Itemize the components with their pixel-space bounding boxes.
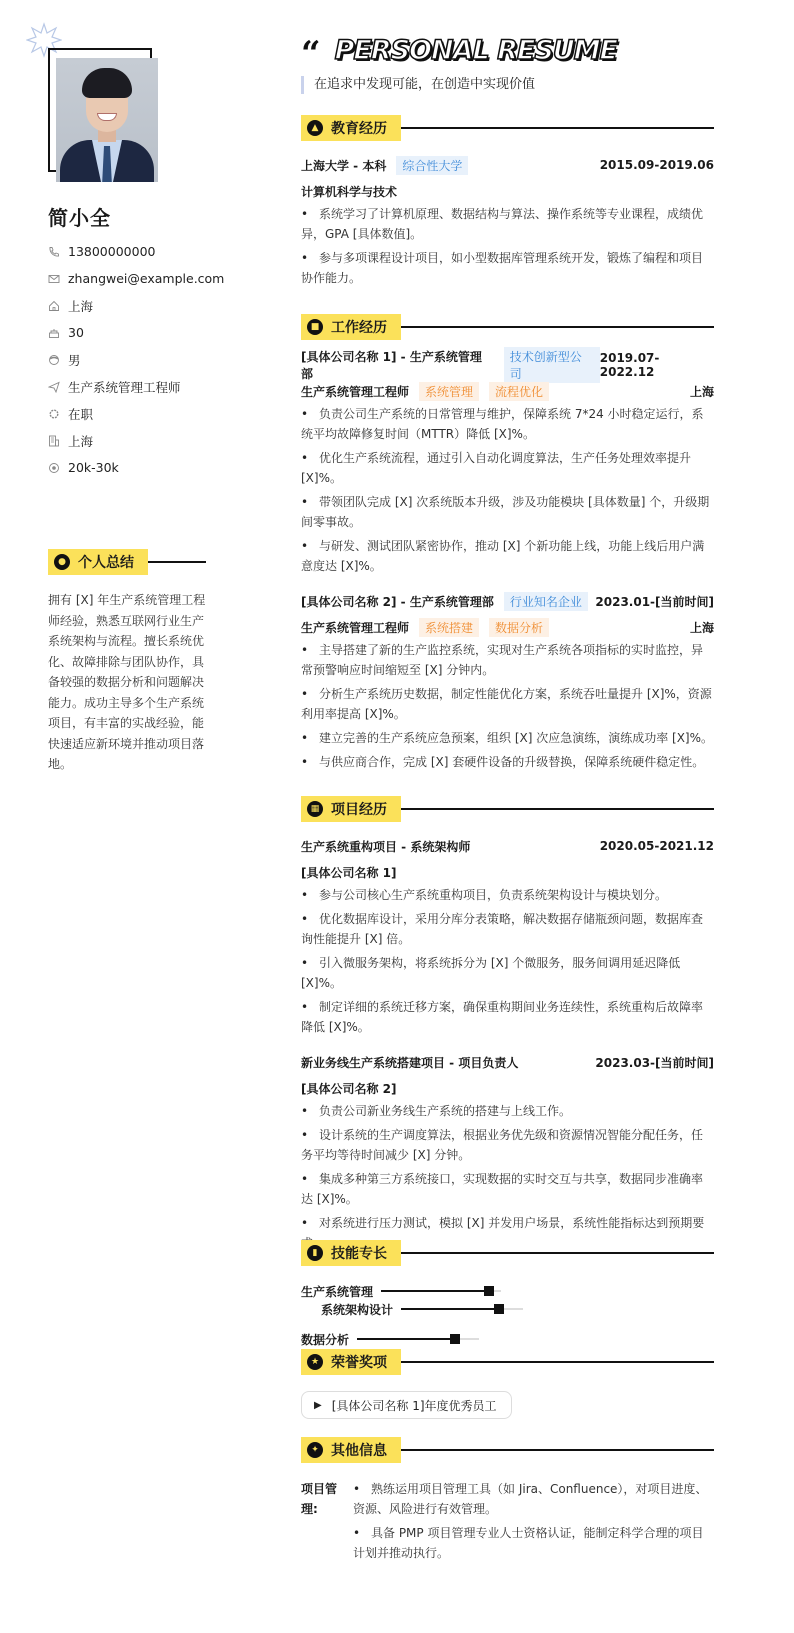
quote-icon: “ — [301, 37, 321, 71]
job-role: 生产系统管理工程师 — [301, 619, 409, 636]
project-name: 新业务线生产系统搭建项目 - 项目负责人 — [301, 1054, 518, 1071]
job-bullets: 主导搭建了新的生产监控系统，实现对生产系统各项指标的实时监控，异常预警响应时间缩… — [301, 640, 714, 772]
skill-name: 系统架构设计 — [321, 1301, 393, 1318]
projects-section-header: ▦ 项目经历 — [301, 796, 714, 822]
contact-gender: 男 — [48, 346, 224, 373]
major: 计算机科学与技术 — [301, 182, 714, 200]
resume-title: “ PERSONAL RESUME — [301, 30, 617, 70]
job-location: 上海 — [690, 619, 714, 636]
phone-icon — [48, 246, 60, 258]
company-name: [具体公司名称 1] - 生产系统管理部 — [301, 348, 494, 382]
job-role: 生产系统管理工程师 — [301, 383, 409, 400]
job-period: 2019.07-2022.12 — [600, 351, 714, 379]
briefcase-icon: ■ — [307, 319, 323, 335]
company-name: [具体公司名称 2] - 生产系统管理部 — [301, 593, 494, 610]
contact-email: zhangwei@example.com — [48, 265, 224, 292]
list-item: 与研发、测试团队紧密协作，推动 [X] 个新功能上线，功能上线后用户满意度达 [… — [301, 536, 714, 576]
list-item: 主导搭建了新的生产监控系统，实现对生产系统各项指标的实时监控，异常预警响应时间缩… — [301, 640, 714, 680]
company-tag: 行业知名企业 — [504, 592, 588, 611]
age-icon — [48, 327, 60, 339]
summary-text: 拥有 [X] 年生产系统管理工程师经验，熟悉互联网行业生产系统架构与流程。擅长系… — [48, 590, 206, 775]
list-item: 设计系统的生产调度算法，根据业务优先级和资源情况智能分配任务，任务平均等待时间减… — [301, 1125, 714, 1165]
home-icon — [48, 300, 60, 312]
avatar — [56, 58, 158, 182]
divider — [401, 326, 714, 328]
award-icon: ★ — [307, 1354, 323, 1370]
other-section: ✦ 其他信息 项目管理: 熟练运用项目管理工具（如 Jira、Confluenc… — [301, 1437, 714, 1567]
list-item: 与供应商合作，完成 [X] 套硬件设备的升级替换，保障系统硬件稳定性。 — [301, 752, 714, 772]
contact-age: 30 — [48, 319, 224, 346]
list-item: 制定详细的系统迁移方案，确保重构期间业务连续性，系统重构后故障率降低 [X]%。 — [301, 997, 714, 1037]
skill-tag: 系统管理 — [419, 382, 479, 401]
divider — [401, 1449, 714, 1451]
mail-icon — [48, 273, 60, 285]
gender-icon — [48, 354, 60, 366]
skill-tag: 系统搭建 — [419, 618, 479, 637]
send-icon — [48, 381, 60, 393]
list-item: 优化生产系统流程，通过引入自动化调度算法，生产任务处理效率提升 [X]%。 — [301, 448, 714, 488]
divider — [148, 561, 206, 563]
list-item: 熟练运用项目管理工具（如 Jira、Confluence），对项目进度、资源、风… — [353, 1479, 714, 1519]
list-item: 负责公司新业务线生产系统的搭建与上线工作。 — [301, 1101, 714, 1121]
contact-city: 上海 — [48, 292, 224, 319]
education-section: ▲ 教育经历 上海大学 - 本科 综合性大学 2015.09-2019.06 计… — [301, 115, 714, 288]
school-tag: 综合性大学 — [396, 156, 468, 175]
project-company: [具体公司名称 2] — [301, 1079, 714, 1097]
list-item: 引入微服务架构，将系统拆分为 [X] 个微服务，服务间调用延迟降低 [X]%。 — [301, 953, 714, 993]
user-icon: ● — [54, 554, 70, 570]
project-bullets: 参与公司核心生产系统重构项目，负责系统架构设计与模块划分。 优化数据库设计，采用… — [301, 885, 714, 1037]
list-item: 集成多种第三方系统接口，实现数据的实时交互与共享，数据同步准确率达 [X]%。 — [301, 1169, 714, 1209]
motto: 在追求中发现可能，在创造中实现价值 — [301, 76, 535, 94]
award-item[interactable]: ▶ [具体公司名称 1]年度优秀员工 — [301, 1391, 512, 1419]
divider — [401, 808, 714, 810]
job-bullets: 负责公司生产系统的日常管理与维护，保障系统 7*24 小时稳定运行，系统平均故障… — [301, 404, 714, 576]
graduation-cap-icon: ▲ — [307, 120, 323, 136]
education-section-header: ▲ 教育经历 — [301, 115, 714, 141]
project-name: 生产系统重构项目 - 系统架构师 — [301, 838, 470, 855]
sidebar: 简小全 13800000000 zhangwei@example.com 上海 … — [0, 0, 280, 1633]
divider — [401, 127, 714, 129]
awards-section: ★ 荣誉奖项 ▶ [具体公司名称 1]年度优秀员工 — [301, 1349, 714, 1419]
contact-position: 生产系统管理工程师 — [48, 373, 224, 400]
project-bullets: 负责公司新业务线生产系统的搭建与上线工作。 设计系统的生产调度算法，根据业务优先… — [301, 1101, 714, 1253]
other-key: 项目管理: — [301, 1479, 353, 1567]
list-item: 负责公司生产系统的日常管理与维护，保障系统 7*24 小时稳定运行，系统平均故障… — [301, 404, 714, 444]
divider — [401, 1361, 714, 1363]
project-company: [具体公司名称 1] — [301, 863, 714, 881]
awards-section-header: ★ 荣誉奖项 — [301, 1349, 714, 1375]
education-period: 2015.09-2019.06 — [600, 158, 714, 172]
education-entry-header: 上海大学 - 本科 综合性大学 2015.09-2019.06 — [301, 156, 714, 174]
list-item: 系统学习了计算机原理、数据结构与算法、操作系统等专业课程，成绩优异，GPA [具… — [301, 204, 714, 244]
profile-name: 简小全 — [48, 202, 111, 231]
list-item: 带领团队完成 [X] 次系统版本升级，涉及功能模块 [具体数量] 个，升级期间零… — [301, 492, 714, 532]
other-bullets: 熟练运用项目管理工具（如 Jira、Confluence），对项目进度、资源、风… — [353, 1479, 714, 1567]
work-section-header: ■ 工作经历 — [301, 314, 714, 340]
skill-item: 生产系统管理 — [301, 1282, 501, 1300]
summary-section-header: ● 个人总结 — [48, 549, 206, 575]
list-item: 参与多项课程设计项目，如小型数据库管理系统开发，锻炼了编程和项目协作能力。 — [301, 248, 714, 288]
contact-phone: 13800000000 — [48, 238, 224, 265]
play-triangle-icon: ▶ — [314, 1400, 322, 1411]
skill-level-bar — [401, 1308, 523, 1310]
salary-icon — [48, 462, 60, 474]
grid-icon: ▦ — [307, 801, 323, 817]
education-bullets: 系统学习了计算机原理、数据结构与算法、操作系统等专业课程，成绩优异，GPA [具… — [301, 204, 714, 288]
job-entry: [具体公司名称 1] - 生产系统管理部 技术创新型公司 2019.07-202… — [301, 356, 714, 576]
skill-name: 生产系统管理 — [301, 1283, 373, 1300]
project-entry: 新业务线生产系统搭建项目 - 项目负责人 2023.03-[当前时间] [具体公… — [301, 1053, 714, 1253]
skill-level-bar — [357, 1338, 479, 1340]
building-icon — [48, 435, 60, 447]
skill-tag: 数据分析 — [489, 618, 549, 637]
project-period: 2023.03-[当前时间] — [595, 1054, 714, 1071]
skills-section: ▮ 技能专长 生产系统管理 系统架构设计 数据分析 — [301, 1240, 714, 1348]
title-text: PERSONAL RESUME — [335, 35, 617, 66]
skill-level-bar — [381, 1290, 501, 1292]
projects-section: ▦ 项目经历 生产系统重构项目 - 系统架构师 2020.05-2021.12 … — [301, 796, 714, 1253]
project-period: 2020.05-2021.12 — [600, 839, 714, 853]
divider — [401, 1252, 714, 1254]
summary-title: 个人总结 — [78, 552, 134, 572]
other-entry: 项目管理: 熟练运用项目管理工具（如 Jira、Confluence），对项目进… — [301, 1479, 714, 1567]
contact-list: 13800000000 zhangwei@example.com 上海 30 男… — [48, 238, 224, 481]
skill-item: 数据分析 — [301, 1330, 479, 1348]
skill-name: 数据分析 — [301, 1331, 349, 1348]
project-entry: 生产系统重构项目 - 系统架构师 2020.05-2021.12 [具体公司名称… — [301, 837, 714, 1037]
info-icon: ✦ — [307, 1442, 323, 1458]
contact-work-city: 上海 — [48, 427, 224, 454]
job-period: 2023.01-[当前时间] — [595, 593, 714, 610]
job-entry: [具体公司名称 2] - 生产系统管理部 行业知名企业 2023.01-[当前时… — [301, 592, 714, 772]
other-section-header: ✦ 其他信息 — [301, 1437, 714, 1463]
list-item: 建立完善的生产系统应急预案，组织 [X] 次应急演练，演练成功率 [X]%。 — [301, 728, 714, 748]
bar-chart-icon: ▮ — [307, 1245, 323, 1261]
school-name: 上海大学 - 本科 — [301, 157, 386, 174]
skills-section-header: ▮ 技能专长 — [301, 1240, 714, 1266]
list-item: 分析生产系统历史数据，制定性能优化方案，系统吞吐量提升 [X]%，资源利用率提高… — [301, 684, 714, 724]
company-tag: 技术创新型公司 — [504, 347, 600, 383]
work-section: ■ 工作经历 [具体公司名称 1] - 生产系统管理部 技术创新型公司 2019… — [301, 314, 714, 772]
status-icon — [48, 408, 60, 420]
list-item: 具备 PMP 项目管理专业人士资格认证，能制定科学合理的项目计划并推动执行。 — [353, 1523, 714, 1563]
skill-tag: 流程优化 — [489, 382, 549, 401]
contact-salary: 20k-30k — [48, 454, 224, 481]
job-location: 上海 — [690, 383, 714, 400]
contact-status: 在职 — [48, 400, 224, 427]
list-item: 参与公司核心生产系统重构项目，负责系统架构设计与模块划分。 — [301, 885, 714, 905]
skill-item: 系统架构设计 — [321, 1300, 523, 1318]
list-item: 优化数据库设计，采用分库分表策略，解决数据存储瓶颈问题，数据库查询性能提升 [X… — [301, 909, 714, 949]
